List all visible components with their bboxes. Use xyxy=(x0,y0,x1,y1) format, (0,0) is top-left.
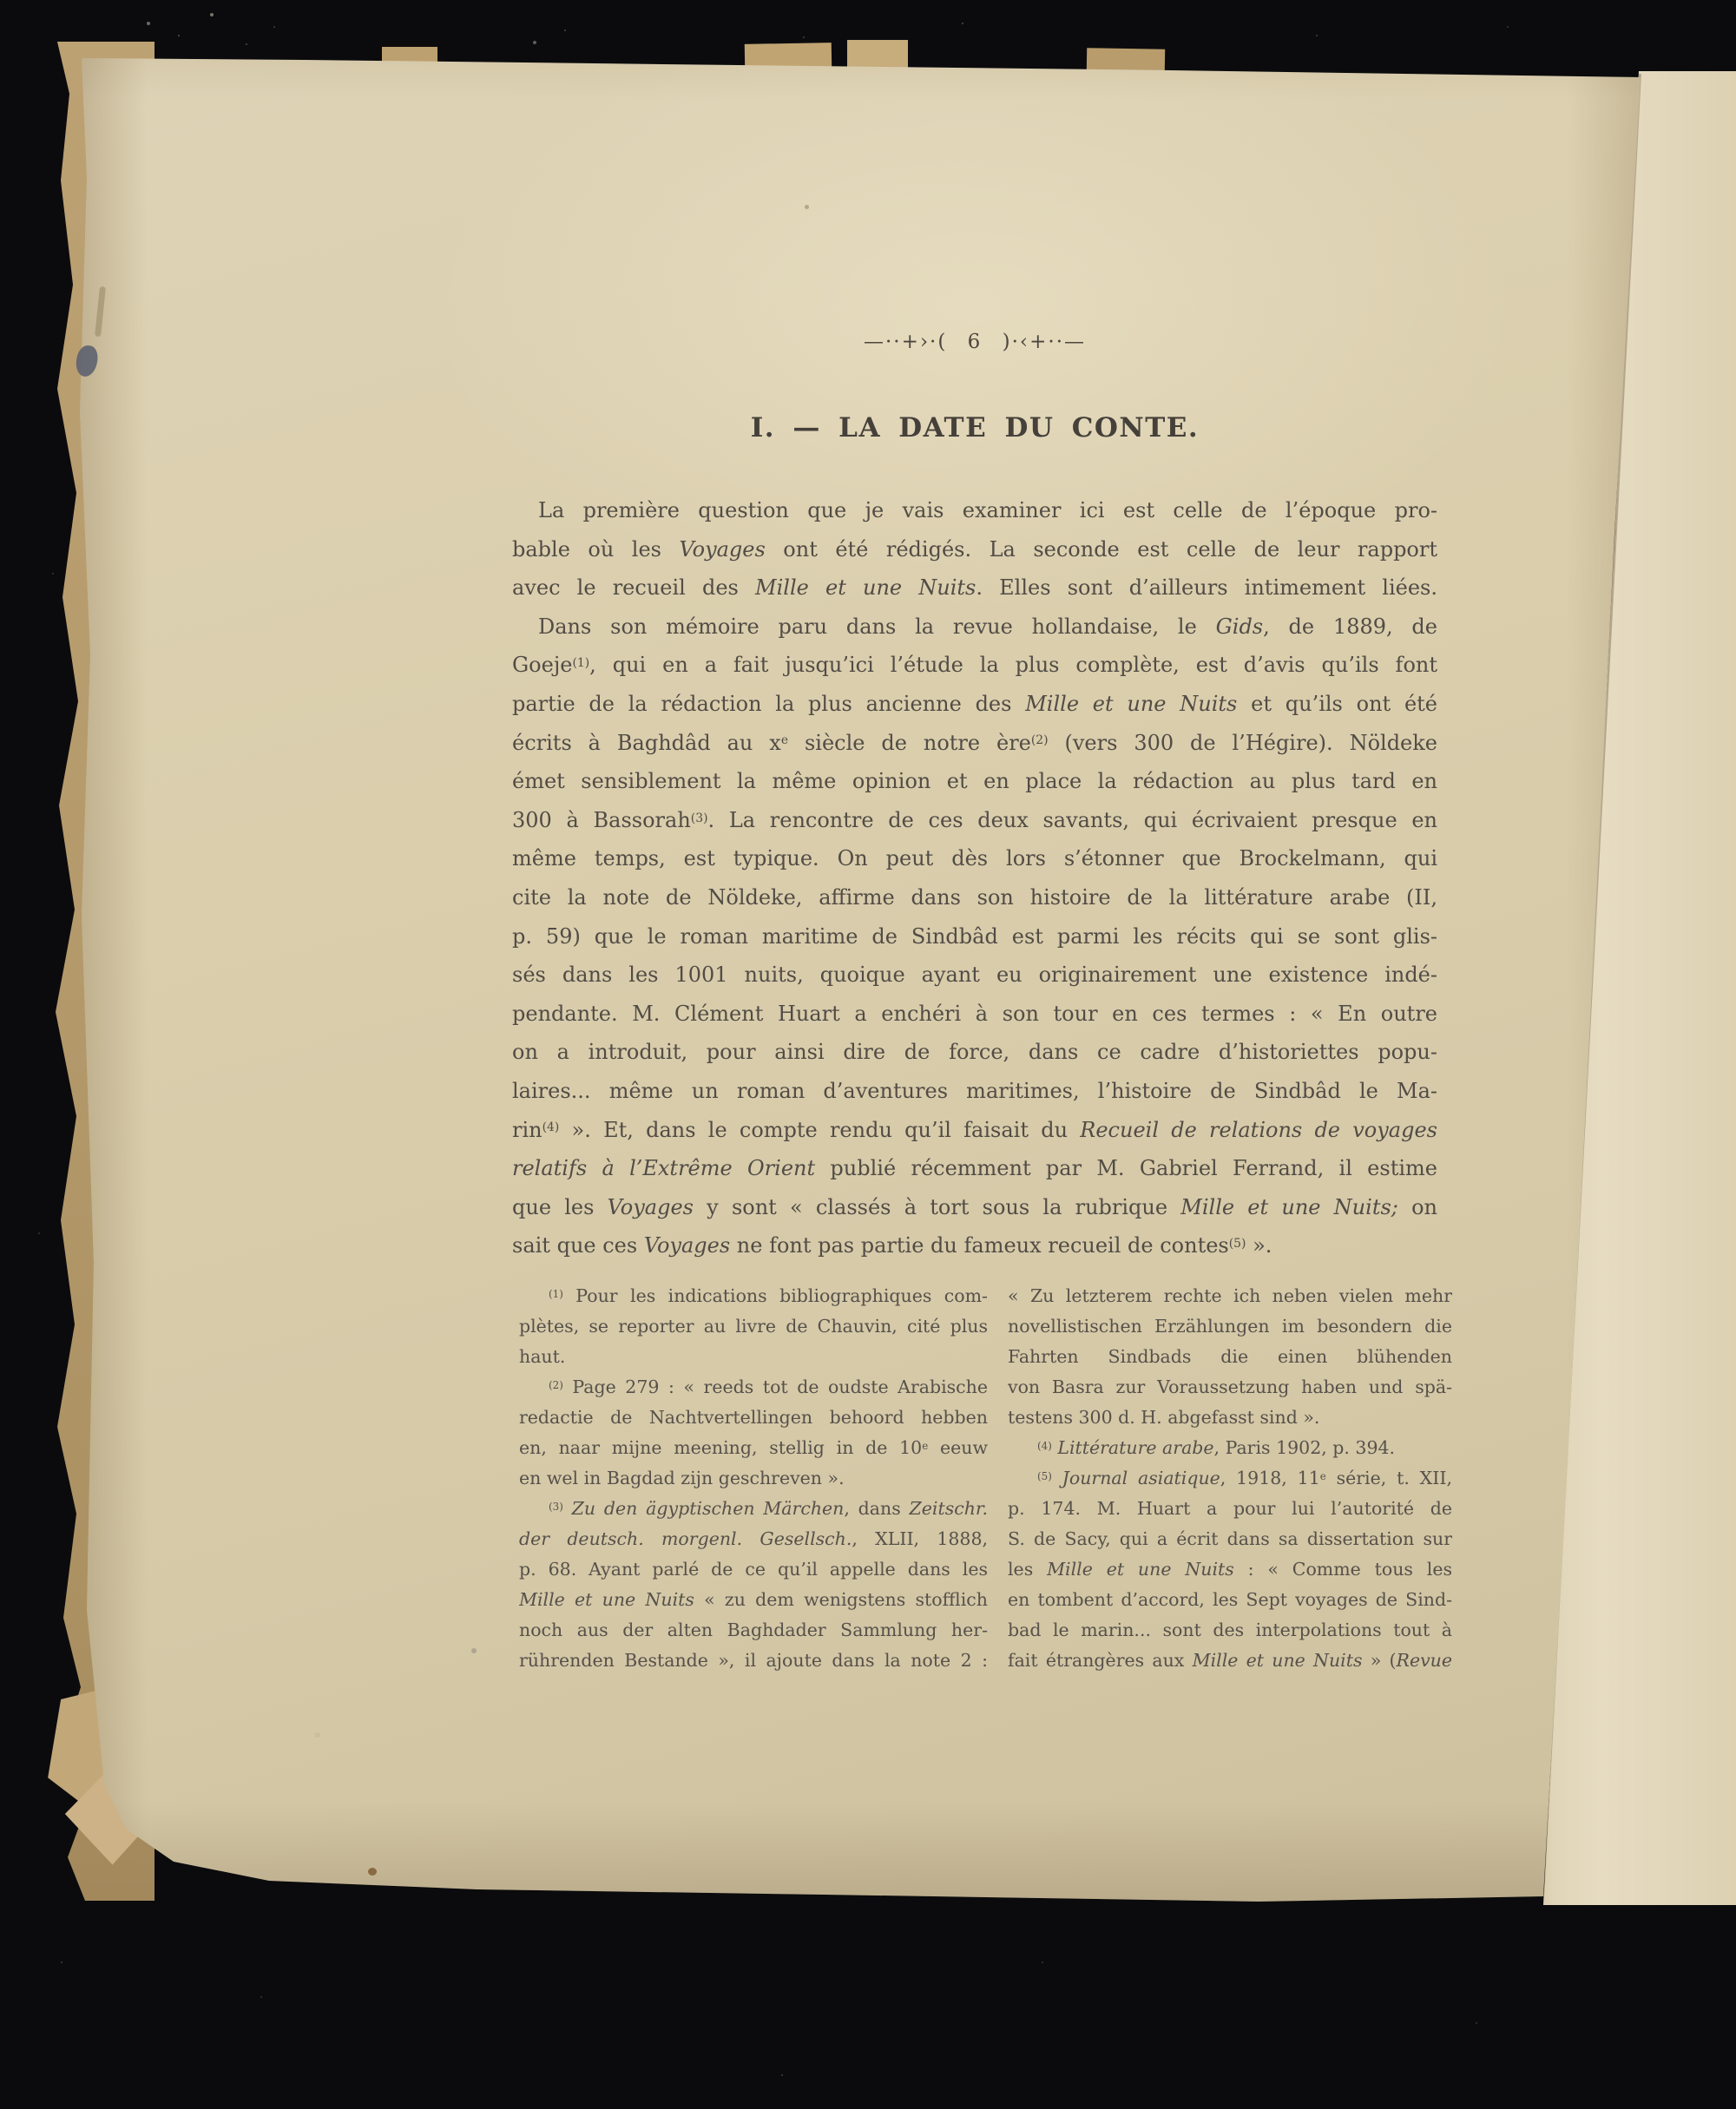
text-segment: S. de Sacy, qui a écrit dans sa disserta… xyxy=(1008,1528,1452,1549)
page-number-ornament: —··+›·( 6 )·‹+··— xyxy=(512,331,1437,353)
footnote-reference: (4) xyxy=(542,1120,560,1134)
footnote-line: en tombent d’accord, les Sept voyages de… xyxy=(1008,1585,1452,1615)
footnote-line: testens 300 d. H. abgefasst sind ». xyxy=(1008,1403,1452,1433)
dust-specks xyxy=(0,0,2,2)
footnote-line: (4) Littérature arabe, Paris 1902, p. 39… xyxy=(1008,1433,1452,1463)
body-text-line: cite la note de Nöldeke, affirme dans so… xyxy=(512,878,1437,917)
footnote-line: noch aus der alten Baghdader Sammlung he… xyxy=(519,1615,988,1646)
body-text-line: on a introduit, pour ainsi dire de force… xyxy=(512,1033,1437,1072)
body-text-line: rin(4) ». Et, dans le compte rendu qu’il… xyxy=(512,1111,1437,1150)
footnote-reference: (1) xyxy=(572,656,589,670)
italic-text-segment: Littérature arabe xyxy=(1057,1437,1213,1458)
italic-text-segment: Voyages xyxy=(608,1195,694,1219)
body-text-line: Dans son mémoire paru dans la revue holl… xyxy=(512,608,1437,647)
text-segment: 300 à Bassorah xyxy=(512,808,691,832)
text-segment: pendante. M. Clément Huart a enchéri à s… xyxy=(512,1002,1437,1026)
footnote-line: (1) Pour les indications bibliographique… xyxy=(519,1281,988,1311)
body-text-line: partie de la rédaction la plus ancienne … xyxy=(512,685,1437,724)
text-segment: Pour les indications bibliographiques co… xyxy=(563,1285,988,1306)
text-segment: , XLII, 1888, xyxy=(852,1528,988,1549)
text-segment: ». Et, dans le compte rendu qu’il faisai… xyxy=(559,1118,1080,1142)
body-text-line: écrits à Baghdâd au xe siècle de notre è… xyxy=(512,724,1437,763)
text-segment: rührenden Bestande », il ajoute dans la … xyxy=(519,1650,988,1671)
section-heading: I. — LA DATE DU CONTE. xyxy=(512,412,1437,443)
text-segment: , dans xyxy=(844,1498,909,1519)
italic-text-segment: Mille et une Nuits xyxy=(1193,1650,1363,1671)
text-segment: émet sensiblement la même opinion et en … xyxy=(512,769,1437,793)
text-segment: bable où les xyxy=(512,537,679,562)
footnote-line: p. 68. Ayant parlé de ce qu’il appelle d… xyxy=(519,1554,988,1585)
text-segment: eeuw xyxy=(928,1437,988,1458)
text-segment: et qu’ils ont été xyxy=(1237,692,1437,716)
text-segment: La première question que je vais examine… xyxy=(538,498,1437,522)
text-segment: siècle de notre ère xyxy=(788,731,1031,755)
text-segment: on a introduit, pour ainsi dire de force… xyxy=(512,1040,1437,1064)
text-segment: p. 68. Ayant parlé de ce qu’il appelle d… xyxy=(519,1559,988,1580)
footnotes-left-column: (1) Pour les indications bibliographique… xyxy=(519,1281,988,1676)
text-segment: même temps, est typique. On peut dès lor… xyxy=(512,846,1437,871)
text-segment: avec le recueil des xyxy=(512,575,755,600)
body-text: La première question que je vais examine… xyxy=(512,491,1437,1265)
italic-text-segment: Voyages xyxy=(679,537,765,562)
text-segment: Fahrten Sindbads die einen blühenden See… xyxy=(1008,1346,1452,1372)
text-segment: Goeje xyxy=(512,653,572,677)
text-segment: écrits à Baghdâd au x xyxy=(512,731,781,755)
footnote-line: novellistischen Erzählungen im besondern… xyxy=(1008,1311,1452,1342)
italic-text-segment: Mille et une Nuits xyxy=(1047,1559,1234,1580)
text-segment: rin xyxy=(512,1118,542,1142)
footnote-line: Fahrten Sindbads die einen blühenden See… xyxy=(1008,1342,1452,1372)
footnote-line: en, naar mijne meening, stellig in de 10… xyxy=(519,1433,988,1463)
text-segment: . La rencontre de ces deux savants, qui … xyxy=(708,808,1438,832)
footnote-line: S. de Sacy, qui a écrit dans sa disserta… xyxy=(1008,1524,1452,1554)
italic-text-segment: Zeitschr. xyxy=(910,1498,988,1519)
text-segment: en wel in Bagdad zijn geschreven ». xyxy=(519,1468,845,1488)
text-segment: . Elles sont d’ailleurs intimement liées… xyxy=(976,575,1437,600)
footnote-reference: (5) xyxy=(1037,1470,1052,1482)
text-segment xyxy=(563,1498,572,1519)
text-segment: ne font pas partie du fameux recueil de … xyxy=(730,1233,1229,1258)
text-segment: , Paris 1902, p. 394. xyxy=(1214,1437,1396,1458)
footnote-line: Mille et une Nuits « zu dem wenigstens s… xyxy=(519,1585,988,1615)
text-segment: plètes, se reporter au livre de Chauvin,… xyxy=(519,1316,988,1337)
italic-text-segment: Recueil de relations de voyages xyxy=(1080,1118,1437,1142)
text-segment: publié récemment par M. Gabriel Ferrand,… xyxy=(815,1156,1437,1180)
italic-text-segment: Gids xyxy=(1216,614,1264,639)
text-segment: « Zu letzterem rechte ich neben vielen m… xyxy=(1008,1285,1452,1306)
italic-text-segment: Voyages xyxy=(644,1233,730,1258)
footnote-reference: e xyxy=(922,1440,928,1452)
text-segment: redactie de Nachtvertellingen behoord he… xyxy=(519,1407,988,1428)
text-segment: Dans son mémoire paru dans la revue holl… xyxy=(538,614,1216,639)
footnote-reference: (2) xyxy=(1031,733,1049,747)
ornament-right: )·‹+··— xyxy=(1003,331,1086,353)
footnote-line: les Mille et une Nuits : « Comme tous le… xyxy=(1008,1554,1452,1585)
body-text-line: avec le recueil des Mille et une Nuits. … xyxy=(512,568,1437,608)
text-segment: sait que ces xyxy=(512,1233,644,1258)
footnote-line: (5) Journal asiatique, 1918, 11e série, … xyxy=(1008,1463,1452,1494)
text-segment: p. 174. M. Huart a pour lui l’autorité d… xyxy=(1008,1498,1452,1519)
italic-text-segment: Mille et une Nuits xyxy=(1025,692,1237,716)
text-segment: , de 1889, de xyxy=(1263,614,1437,639)
footnote-reference: (1) xyxy=(549,1288,563,1300)
body-text-line: que les Voyages y sont « classés à tort … xyxy=(512,1188,1437,1227)
footnote-line: p. 174. M. Huart a pour lui l’autorité d… xyxy=(1008,1494,1452,1524)
footnote-line: bad le marin... sont des interpolations … xyxy=(1008,1615,1452,1646)
footnote-reference: (3) xyxy=(691,811,708,825)
text-segment: que les xyxy=(512,1195,608,1219)
text-segment: ont été rédigés. La seconde est celle de… xyxy=(766,537,1437,562)
italic-text-segment: Journal asiatique xyxy=(1062,1468,1220,1488)
footnote-line: « Zu letzterem rechte ich neben vielen m… xyxy=(1008,1281,1452,1311)
text-segment: testens 300 d. H. abgefasst sind ». xyxy=(1008,1407,1319,1428)
footnote-reference: (2) xyxy=(549,1379,563,1391)
text-segment: » ( xyxy=(1362,1650,1396,1671)
body-text-line: relatifs à l’Extrême Orient publié récem… xyxy=(512,1149,1437,1188)
text-segment: « zu dem wenigstens stofflich xyxy=(694,1589,988,1610)
text-segment: les xyxy=(1008,1559,1047,1580)
italic-text-segment: Mille et une Nuits; xyxy=(1180,1195,1398,1219)
page-number: 6 xyxy=(956,331,995,353)
body-text-line: p. 59) que le roman maritime de Sindbâd … xyxy=(512,917,1437,956)
body-text-line: La première question que je vais examine… xyxy=(512,491,1437,530)
body-text-line: pendante. M. Clément Huart a enchéri à s… xyxy=(512,995,1437,1034)
text-segment: série, t. XII, xyxy=(1326,1468,1452,1488)
text-segment: , qui en a fait jusqu’ici l’étude la plu… xyxy=(589,653,1437,677)
text-segment: cite la note de Nöldeke, affirme dans so… xyxy=(512,885,1437,910)
footnote-line: plètes, se reporter au livre de Chauvin,… xyxy=(519,1311,988,1342)
footnote-line: von Basra zur Voraussetzung haben und sp… xyxy=(1008,1372,1452,1403)
footnote-reference: (3) xyxy=(549,1501,563,1513)
text-segment: sés dans les 1001 nuits, quoique ayant e… xyxy=(512,963,1437,987)
text-segment: p. 59) que le roman maritime de Sindbâd … xyxy=(512,924,1437,949)
text-segment: laires... même un roman d’aventures mari… xyxy=(512,1079,1437,1103)
text-segment: fait étrangères aux xyxy=(1008,1650,1193,1671)
torn-paper-tab xyxy=(847,40,908,69)
scanned-book-photo: { "document": { "kind": "scanned book pa… xyxy=(0,0,1736,2109)
text-segment: en tombent d’accord, les Sept voyages de… xyxy=(1008,1589,1452,1610)
italic-text-segment: Mille et une Nuits xyxy=(755,575,976,600)
text-segment: ». xyxy=(1246,1233,1272,1258)
body-text-line: laires... même un roman d’aventures mari… xyxy=(512,1072,1437,1111)
italic-text-segment: relatifs à l’Extrême Orient xyxy=(512,1156,815,1180)
italic-text-segment: Zu den ägyptischen Märchen xyxy=(572,1498,845,1519)
footnote-line: rührenden Bestande », il ajoute dans la … xyxy=(519,1646,988,1676)
ornament-left: —··+›·( xyxy=(864,331,947,353)
text-segment: Page 279 : « reeds tot de oudste Arabisc… xyxy=(563,1376,988,1397)
body-text-line: sés dans les 1001 nuits, quoique ayant e… xyxy=(512,956,1437,995)
footnote-line: (2) Page 279 : « reeds tot de oudste Ara… xyxy=(519,1372,988,1403)
book-page: —··+›·( 6 )·‹+··— I. — LA DATE DU CONTE.… xyxy=(43,48,1645,1905)
text-segment: novellistischen Erzählungen im besondern… xyxy=(1008,1316,1452,1337)
footnote-reference: (5) xyxy=(1229,1237,1246,1251)
footnote-line: en wel in Bagdad zijn geschreven ». xyxy=(519,1463,988,1494)
footnote-line: (3) Zu den ägyptischen Märchen, dans Zei… xyxy=(519,1494,988,1524)
footnote-line: haut. xyxy=(519,1342,988,1372)
footnote-reference: e xyxy=(781,733,788,747)
text-segment: on xyxy=(1398,1195,1437,1219)
torn-paper-tab xyxy=(1087,48,1165,72)
text-segment: von Basra zur Voraussetzung haben und sp… xyxy=(1008,1376,1452,1397)
italic-text-segment: der deutsch. morgenl. Gesellsch. xyxy=(519,1528,852,1549)
body-text-line: 300 à Bassorah(3). La rencontre de ces d… xyxy=(512,801,1437,840)
footnote-line: redactie de Nachtvertellingen behoord he… xyxy=(519,1403,988,1433)
text-segment: en, naar mijne meening, stellig in de 10 xyxy=(519,1437,922,1458)
body-text-line: Goeje(1), qui en a fait jusqu’ici l’étud… xyxy=(512,646,1437,685)
text-segment: haut. xyxy=(519,1346,565,1367)
body-text-line: même temps, est typique. On peut dès lor… xyxy=(512,839,1437,878)
text-segment: y sont « classés à tort sous la rubrique xyxy=(694,1195,1180,1219)
text-segment: bad le marin... sont des interpolations … xyxy=(1008,1620,1452,1640)
footnotes-right-column: « Zu letzterem rechte ich neben vielen m… xyxy=(1008,1281,1452,1676)
body-text-line: émet sensiblement la même opinion et en … xyxy=(512,762,1437,801)
footnote-line: fait étrangères aux Mille et une Nuits »… xyxy=(1008,1646,1452,1676)
footnote-line: der deutsch. morgenl. Gesellsch., XLII, … xyxy=(519,1524,988,1554)
footnote-reference: e xyxy=(1320,1470,1326,1482)
text-segment: (vers 300 de l’Hégire). Nöldeke xyxy=(1049,731,1437,755)
footnote-reference: (4) xyxy=(1037,1440,1052,1452)
text-segment xyxy=(1052,1468,1062,1488)
text-segment: , 1918, 11 xyxy=(1220,1468,1320,1488)
text-segment: noch aus der alten Baghdader Sammlung he… xyxy=(519,1620,988,1640)
body-text-line: sait que ces Voyages ne font pas partie … xyxy=(512,1226,1437,1265)
body-text-line: bable où les Voyages ont été rédigés. La… xyxy=(512,530,1437,569)
text-segment: partie de la rédaction la plus ancienne … xyxy=(512,692,1025,716)
italic-text-segment: Mille et une Nuits xyxy=(519,1589,694,1610)
